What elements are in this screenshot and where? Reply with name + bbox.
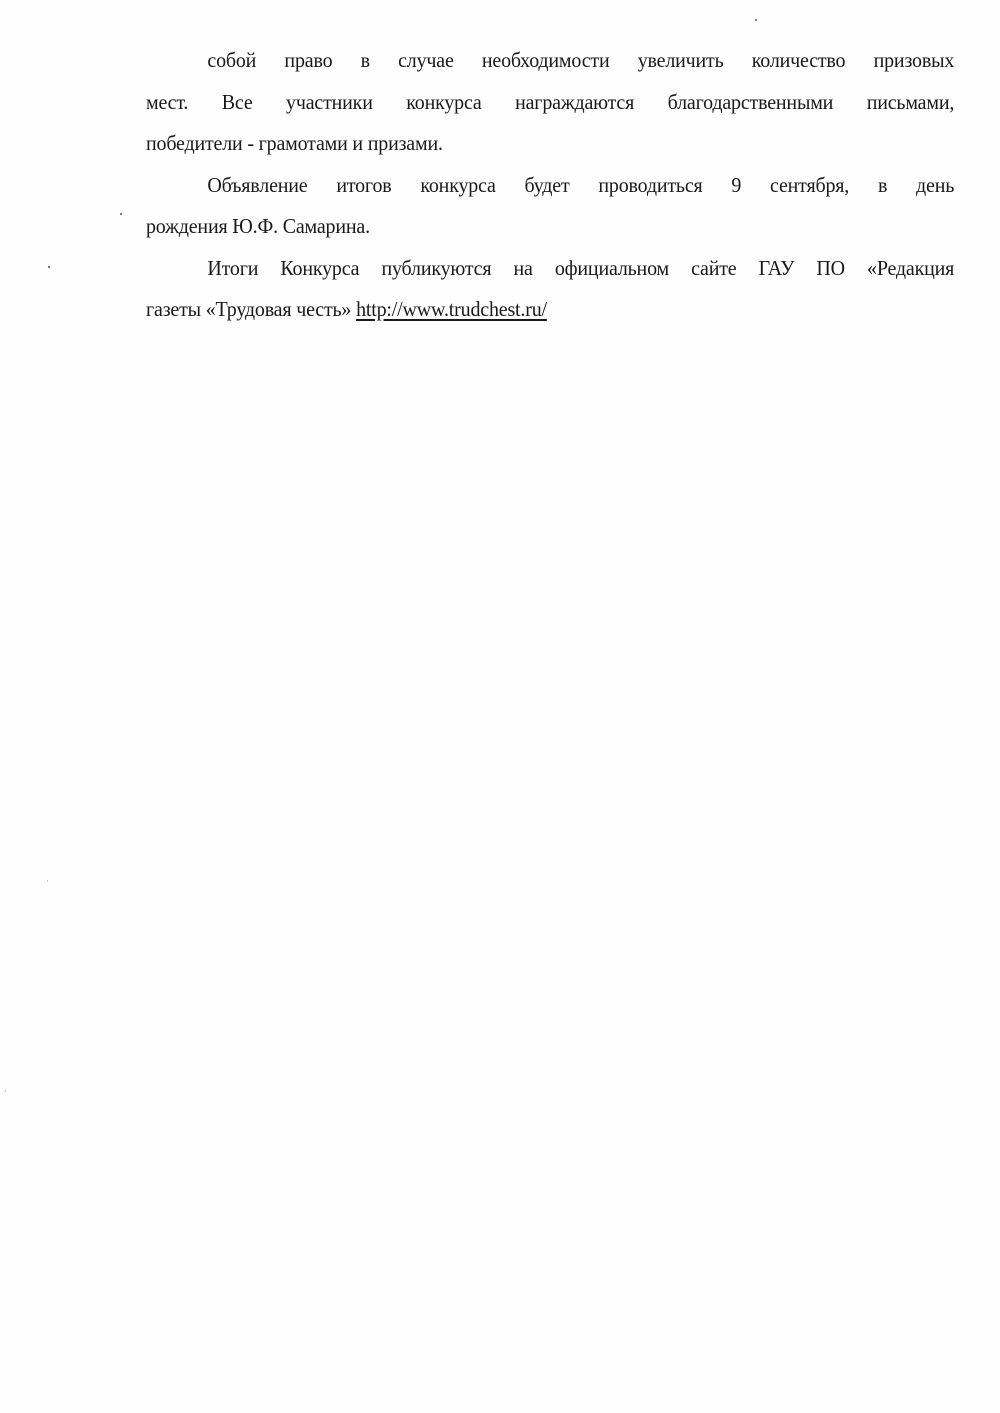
paragraph-announcement: Объявление итогов конкурса будет проводи…: [146, 165, 954, 248]
document-body: собой право в случае необходимости увели…: [146, 40, 954, 331]
scan-speck: [120, 213, 122, 215]
paragraph-results: Итоги Конкурса публикуются на официально…: [146, 248, 954, 331]
text-fragment: газеты «Трудовая честь»: [146, 297, 356, 321]
paragraph-prizes: собой право в случае необходимости увели…: [146, 40, 954, 165]
scanned-page: собой право в случае необходимости увели…: [0, 0, 1000, 1413]
scan-speck: [5, 1090, 6, 1092]
text-line: собой право в случае необходимости увели…: [146, 40, 954, 82]
text-line: Итоги Конкурса публикуются на официально…: [146, 248, 954, 290]
text-line: победители - грамотами и призами.: [146, 123, 954, 165]
scan-speck: [48, 266, 50, 268]
text-line: Объявление итогов конкурса будет проводи…: [146, 165, 954, 207]
scan-speck: [755, 19, 757, 21]
website-link[interactable]: http://www.trudchest.ru/: [356, 297, 547, 321]
text-line-with-link: газеты «Трудовая честь» http://www.trudc…: [146, 289, 954, 331]
text-line: мест. Все участники конкурса награждаютс…: [146, 82, 954, 124]
text-line: рождения Ю.Ф. Самарина.: [146, 206, 954, 248]
scan-speck: [47, 880, 48, 882]
